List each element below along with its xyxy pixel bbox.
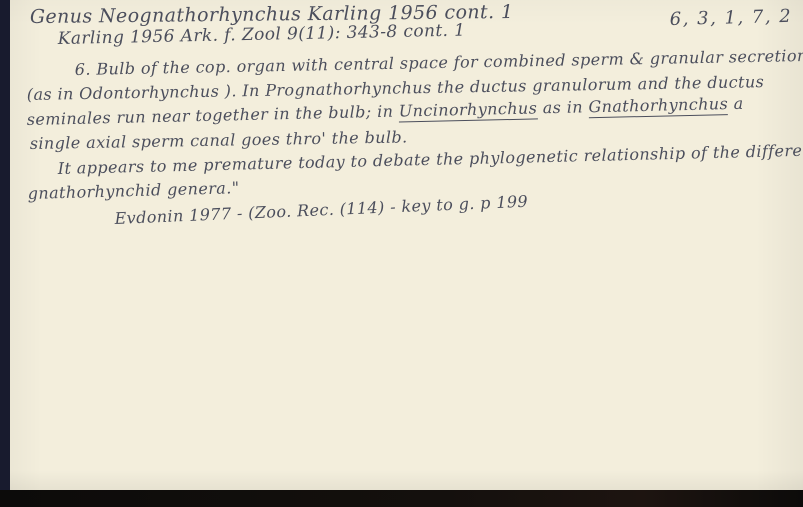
- scanned-index-card-photo: Genus Neognathorhynchus Karling 1956 con…: [0, 0, 803, 507]
- note-line-3-text: a: [728, 94, 744, 113]
- classification-code: 6, 3, 1, 7, 2: [669, 6, 792, 30]
- note-line-6: gnathorhynchid genera.": [27, 178, 239, 203]
- note-line-3-text: seminales run near together in the bulb;…: [27, 102, 399, 129]
- scan-background-left-edge: [0, 0, 10, 507]
- scan-background-bottom-edge: [0, 490, 803, 507]
- note-line-3-text: as in: [537, 97, 589, 117]
- underlined-genus-uncinorhynchus: Uncinorhynchus: [399, 98, 538, 122]
- index-card: Genus Neognathorhynchus Karling 1956 con…: [10, 0, 803, 490]
- underlined-genus-gnathorhynchus: Gnathorhynchus: [588, 94, 728, 118]
- note-line-4: single axial sperm canal goes thro' the …: [30, 127, 408, 153]
